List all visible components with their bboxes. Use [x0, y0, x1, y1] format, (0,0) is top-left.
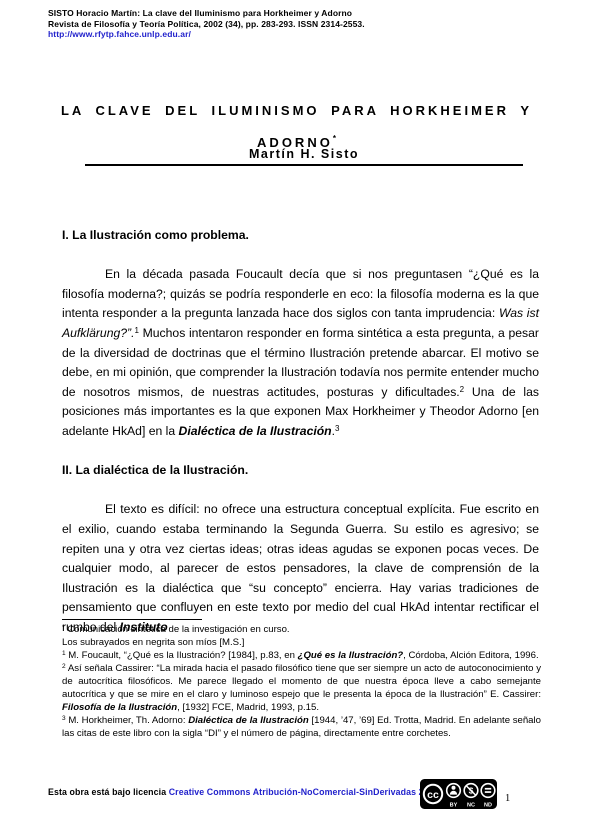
- book-title-filosofia-ilustracion: Filosofía de la Ilustración: [62, 702, 177, 713]
- footnote-3: 3 M. Horkheimer, Th. Adorno: Dialéctica …: [62, 714, 541, 740]
- book-title-dialectica: Dialéctica de la Ilustración: [179, 424, 332, 438]
- footnote-text: , [1932] FCE, Madrid, 1993, p.15.: [177, 702, 319, 713]
- footnote-star: * Comunicación sintética de la investiga…: [62, 623, 541, 636]
- svg-text:NC: NC: [467, 803, 475, 809]
- citation-line-1: SISTO Horacio Martín: La clave del Ilumi…: [48, 8, 563, 19]
- body-text: El texto es difícil: no ofrece una estru…: [62, 502, 539, 634]
- footnote-text: M. Horkheimer, Th. Adorno:: [66, 715, 189, 726]
- book-title-dialectica-ilustracion: Dialéctica de la Ilustración: [188, 715, 309, 726]
- footnote-text: Comunicación sintética de la investigaci…: [65, 624, 290, 635]
- title-line-1: LA CLAVE DEL ILUMINISMO PARA HORKHEIMER …: [61, 103, 532, 118]
- section-heading-2: II. La dialéctica de la Ilustración.: [62, 461, 539, 481]
- cc-license-badge[interactable]: cc BY $ NC ND: [420, 779, 497, 809]
- title-footnote-marker: *: [333, 134, 336, 143]
- footnotes-block: * Comunicación sintética de la investiga…: [62, 619, 541, 740]
- footnote-2: 2 Así señala Cassirer: “La mirada hacia …: [62, 662, 541, 714]
- page-number: 1: [505, 793, 510, 804]
- footnote-text: Así señala Cassirer: “La mirada hacia el…: [62, 663, 541, 700]
- footnote-ref-3[interactable]: 3: [335, 424, 339, 433]
- footnote-text: , Córdoba, Alción Editora, 1996.: [403, 650, 538, 661]
- journal-url-link[interactable]: http://www.rfytp.fahce.unlp.edu.ar/: [48, 29, 191, 39]
- svg-text:ND: ND: [484, 803, 492, 809]
- svg-text:cc: cc: [427, 789, 439, 801]
- license-statement: Esta obra está bajo licencia Creative Co…: [48, 787, 475, 797]
- document-page: SISTO Horacio Martín: La clave del Ilumi…: [0, 0, 593, 839]
- citation-header: SISTO Horacio Martín: La clave del Ilumi…: [48, 8, 563, 40]
- book-title-que-es-ilustracion: ¿Qué es la Ilustración?: [298, 650, 404, 661]
- paragraph-2: El texto es difícil: no ofrece una estru…: [62, 500, 539, 637]
- paragraph-1: En la década pasada Foucault decía que s…: [62, 265, 539, 441]
- author-name: Martín H. Sisto: [249, 147, 359, 161]
- svg-text:BY: BY: [450, 803, 458, 809]
- section-heading-1: I. La Ilustración como problema.: [62, 226, 539, 246]
- article-body: I. La Ilustración como problema. En la d…: [62, 226, 539, 657]
- footnote-separator: [62, 619, 202, 620]
- body-text: En la década pasada Foucault decía que s…: [62, 267, 539, 320]
- citation-line-2: Revista de Filosofía y Teoría Política, …: [48, 19, 563, 30]
- footnote-text: M. Foucault, “¿Qué es la Ilustración? [1…: [66, 650, 298, 661]
- author-rule: Martín H. Sisto: [85, 147, 523, 166]
- footnote-note: Los subrayados en negrita son míos [M.S.…: [62, 636, 541, 649]
- license-prefix: Esta obra está bajo licencia: [48, 787, 169, 797]
- footnote-1: 1 M. Foucault, “¿Qué es la Ilustración? …: [62, 649, 541, 662]
